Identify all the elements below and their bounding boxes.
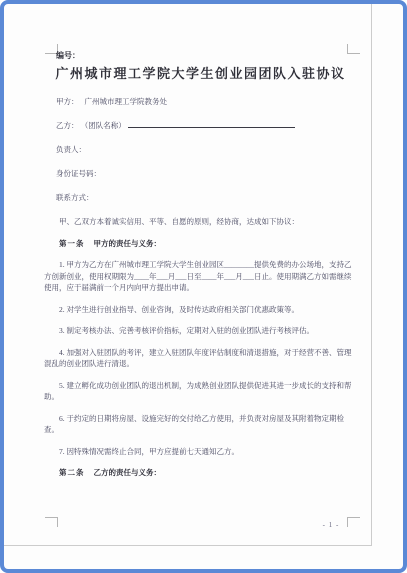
- document-window: 编号： 广州城市理工学院大学生创业园团队入驻协议 甲方：广州城市理工学院教务处 …: [0, 0, 407, 573]
- crop-mark-bottom-right-icon: [347, 517, 360, 527]
- party-b-line: 乙方：（团队名称）: [44, 120, 357, 131]
- crop-mark-bottom-left-icon: [45, 517, 58, 527]
- document-content: 编号： 广州城市理工学院大学生创业园团队入驻协议 甲方：广州城市理工学院教务处 …: [44, 50, 357, 489]
- section-1-item-7: 7. 因特殊情况需终止合同，甲方应提前七天通知乙方。: [44, 446, 357, 458]
- page-edge-right: [371, 4, 372, 545]
- id-number-line: 身份证号码：: [44, 168, 357, 179]
- leader-line: 负责人：: [44, 144, 357, 155]
- section-1-item-5: 5. 建立孵化成功创业团队的退出机制，为成熟创业团队提供促进其进一步成长的支持和…: [44, 380, 357, 403]
- page-edge-bottom: [4, 545, 372, 546]
- party-b-placeholder: （团队名称）: [85, 121, 126, 130]
- party-a-line: 甲方：广州城市理工学院教务处: [44, 96, 357, 107]
- section-1-item-1: 1. 甲方为乙方在广州城市理工学院大学生创业园区________提供免费的办公场…: [44, 259, 357, 294]
- contact-line: 联系方式：: [44, 192, 357, 203]
- party-a-label: 甲方：: [56, 97, 79, 106]
- section-1-heading: 第一条甲方的责任与义务：: [44, 238, 357, 250]
- doc-number-label: 编号：: [44, 50, 357, 61]
- intro-paragraph: 甲、乙双方本着诚实信用、平等、自愿的原则，经协商，达成如下协议：: [44, 216, 357, 228]
- section-1-item-6: 6. 于约定的日期将房屋、设施完好的交付给乙方使用，并负责对房屋及其附着物定期检…: [44, 413, 357, 436]
- section-1-item-2: 2. 对学生进行创业指导、创业咨询，及时传达政府相关部门优惠政策等。: [44, 304, 357, 316]
- section-1-item-4: 4. 加强对入驻团队的考评，建立入驻团队年度评估制度和清退措施，对于经营不善、管…: [44, 347, 357, 370]
- document-page[interactable]: 编号： 广州城市理工学院大学生创业园团队入驻协议 甲方：广州城市理工学院教务处 …: [4, 4, 403, 569]
- section-2-heading: 第二条乙方的责任与义务：: [44, 467, 357, 479]
- party-a-value: 广州城市理工学院教务处: [85, 97, 168, 106]
- party-b-label: 乙方：: [56, 121, 79, 130]
- section-1-number: 第一条: [59, 239, 85, 248]
- doc-title: 广州城市理工学院大学生创业园团队入驻协议: [44, 65, 357, 83]
- section-2-title: 乙方的责任与义务：: [94, 468, 162, 477]
- section-1-title: 甲方的责任与义务：: [94, 239, 162, 248]
- page-number: - 1 -: [316, 521, 346, 530]
- section-1-item-3: 3. 制定考核办法、完善考核评价指标，定期对入驻的创业团队进行考核评估。: [44, 325, 357, 337]
- section-2-number: 第二条: [59, 468, 85, 477]
- party-b-fill-line[interactable]: [128, 120, 295, 128]
